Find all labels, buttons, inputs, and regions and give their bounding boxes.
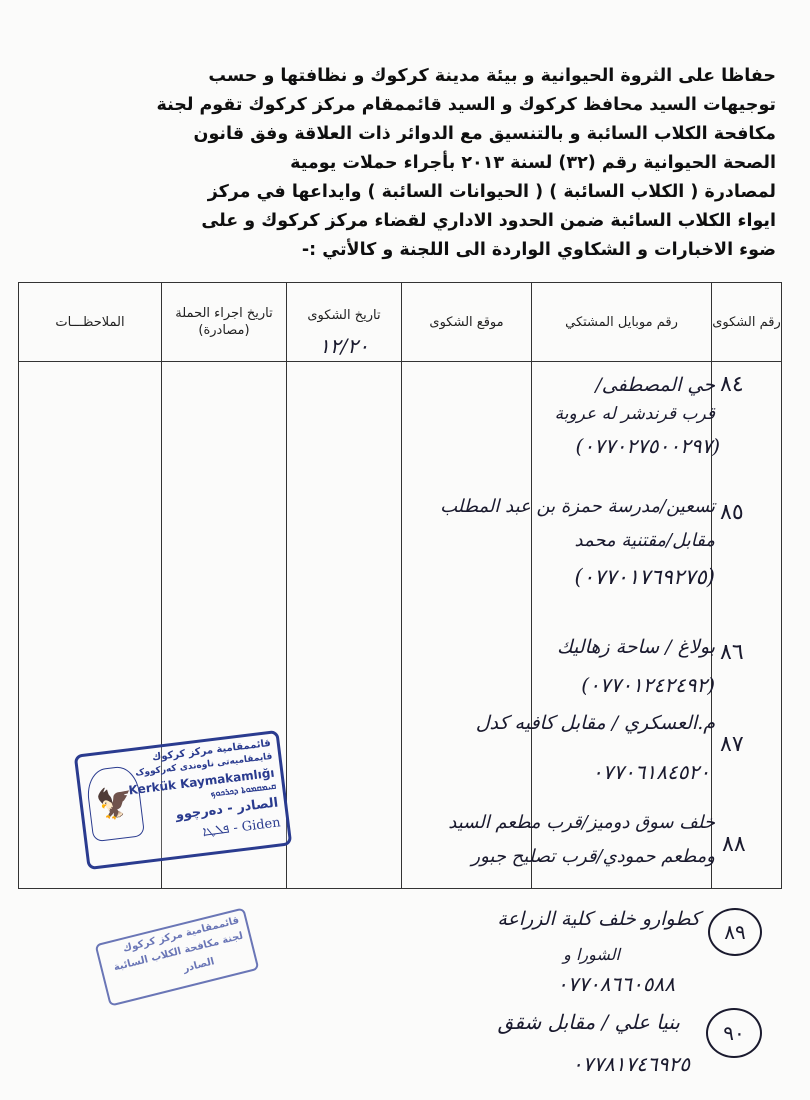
header-location: موقع الشكوى xyxy=(402,283,532,362)
entry-number-circled: ٩٠ xyxy=(706,1008,762,1058)
entry-location-detail: ومطعم حمودي/قرب تصليح جبور xyxy=(471,846,715,867)
header-complaint-no: رقم الشكوى xyxy=(712,283,782,362)
intro-line: توجيهات السيد محافظ كركوك و السيد قائممق… xyxy=(128,91,776,120)
intro-line: مكافحة الكلاب السائبة و بالتنسيق مع الدو… xyxy=(128,120,776,149)
header-complaint-date: تاريخ الشكوى ١٢/٢٠ xyxy=(287,283,402,362)
intro-line: ايواء الكلاب السائبة ضمن الحدود الاداري … xyxy=(128,207,776,236)
stamp-line: Giden - ܦܠܛܐ xyxy=(202,815,282,839)
entry-number: ٨٦ xyxy=(720,640,744,665)
table-header-row: رقم الشكوى رقم موبايل المشتكي موقع الشكو… xyxy=(19,283,782,362)
intro-paragraph: حفاظا على الثروة الحيوانية و بيئة مدينة … xyxy=(128,62,776,265)
entry-location-detail: مقابل/مقتنية محمد xyxy=(575,530,715,551)
entry-phone: (٠٧٧٠١٢٤٢٤٩٢) xyxy=(581,673,715,697)
entry-location: بنيا علي / مقابل شقق xyxy=(498,1010,680,1034)
entry-phone: ٠٧٧٨١٧٤٦٩٢٥ xyxy=(572,1052,690,1076)
entry-phone: (٠٧٧٠٢٧٥٠٠٢٩٧) xyxy=(575,434,720,458)
cell-complaint-date-col xyxy=(287,362,402,889)
entry-phone: ٠٧٧٠٨٦٦٠٥٨٨ xyxy=(557,972,675,996)
intro-line: حفاظا على الثروة الحيوانية و بيئة مدينة … xyxy=(128,62,776,91)
entry-location-detail: الشورا و xyxy=(563,945,620,964)
intro-line: ضوء الاخبارات و الشكاوي الواردة الى اللج… xyxy=(128,236,776,265)
entry-location-detail: قرب قرندشر له عروبة xyxy=(555,404,715,424)
header-complaint-date-label: تاريخ الشكوى xyxy=(287,307,401,324)
header-notes: الملاحظـــات xyxy=(19,283,162,362)
entry-phone: (٠٧٧٠١٧٦٩٢٧٥) xyxy=(575,565,715,589)
header-mobile: رقم موبايل المشتكي xyxy=(532,283,712,362)
entry-location: حي المصطفى/ xyxy=(595,374,715,396)
entry-phone: ٠٧٧٠٦١٨٤٥٢٠ xyxy=(592,760,710,784)
entry-location: كطوارو خلف كلية الزراعة xyxy=(497,908,700,930)
header-campaign-date: تاريخ اجراء الحملة (مصادرة) xyxy=(162,283,287,362)
entry-location: خلف سوق دوميز/قرب مطعم السيد xyxy=(448,812,715,833)
entry-number: ٨٨ xyxy=(722,832,746,857)
entry-location: بولاغ / ساحة زهاليك xyxy=(557,636,715,658)
cell-complaint-no-col xyxy=(712,362,782,889)
entry-number-circled: ٨٩ xyxy=(708,908,762,956)
intro-line: لمصادرة ( الكلاب السائبة ) ( الحيوانات ا… xyxy=(128,178,776,207)
entry-location: تسعين/مدرسة حمزة بن عبد المطلب xyxy=(440,496,715,517)
entry-number: ٨٧ xyxy=(720,732,744,757)
entry-number: ٨٤ xyxy=(720,372,744,397)
entry-number: ٨٥ xyxy=(720,500,744,525)
cell-location-col xyxy=(402,362,532,889)
intro-line: الصحة الحيوانية رقم (٣٢) لسنة ٢٠١٣ بأجرا… xyxy=(128,149,776,178)
committee-stamp: قائممقامية مركز كركوك لجنة مكافحة الكلاب… xyxy=(95,907,260,1006)
entry-location: م.العسكري / مقابل كافيه كدل xyxy=(476,712,715,734)
complaint-date-value: ١٢/٢٠ xyxy=(287,338,401,355)
stamp-line: الصادر xyxy=(182,956,215,974)
